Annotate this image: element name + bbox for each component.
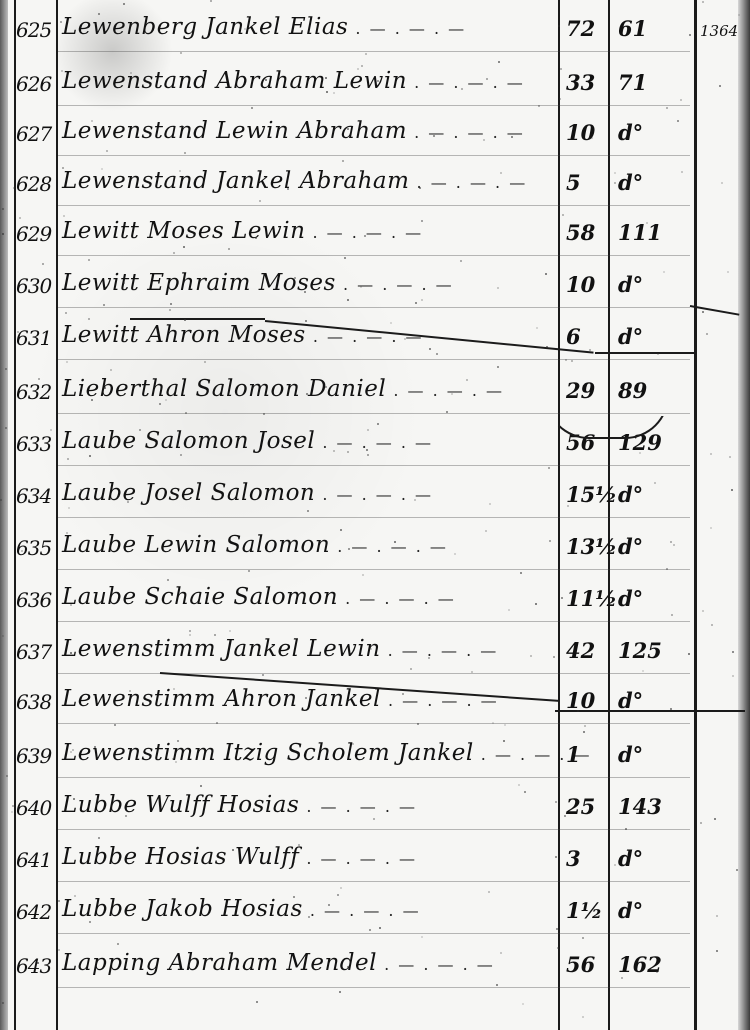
scan-speck <box>180 454 182 456</box>
row-baseline-rule <box>58 255 690 256</box>
scan-speck <box>549 540 551 542</box>
entry-number: 627 <box>16 122 60 146</box>
scan-speck <box>89 921 91 923</box>
scan-speck <box>177 740 179 742</box>
scan-speck <box>61 70 63 72</box>
scan-speck <box>711 624 713 626</box>
scan-speck <box>702 1 704 3</box>
scan-speck <box>680 99 682 101</box>
entry-number: 639 <box>16 744 60 768</box>
scan-speck <box>466 379 468 381</box>
scan-speck <box>361 65 363 67</box>
scan-speck <box>614 864 616 866</box>
entry-number: 626 <box>16 72 60 96</box>
entry-value: 162 <box>618 952 688 977</box>
scan-speck <box>377 423 379 425</box>
entry-name-text: Laube Lewin Salomon <box>62 532 330 558</box>
entry-value: d° <box>618 534 688 559</box>
scan-speck <box>80 489 82 491</box>
scan-speck <box>394 541 396 543</box>
entry-name-text: Lubbe Hosias Wulff <box>62 844 299 870</box>
entry-number: 641 <box>16 848 60 872</box>
scan-speck <box>173 688 175 690</box>
scan-speck <box>486 78 488 80</box>
scan-speck <box>625 828 627 830</box>
scan-speck <box>6 775 8 777</box>
entry-name: Lewitt Moses Lewin . — . — . — <box>62 218 552 244</box>
scan-speck <box>214 634 216 636</box>
scan-speck <box>357 68 359 70</box>
scan-speck <box>83 336 85 338</box>
scan-speck <box>738 14 740 16</box>
entry-number: 640 <box>16 796 60 820</box>
register-row: 636Laube Schaie Salomon . — . — . —11½d° <box>0 578 750 630</box>
scan-speck <box>492 722 494 724</box>
scan-speck <box>500 952 502 954</box>
scan-speck <box>101 168 103 170</box>
scan-speck <box>175 761 177 763</box>
scan-speck <box>535 603 537 605</box>
scan-speck <box>181 125 183 127</box>
scan-speck <box>13 187 15 189</box>
entry-name-text: Lewenstimm Jankel Lewin <box>62 636 381 662</box>
scan-speck <box>504 724 506 726</box>
scan-speck <box>670 541 672 543</box>
entry-number: 632 <box>16 380 60 404</box>
scan-speck <box>244 28 246 30</box>
scan-speck <box>19 217 21 219</box>
scan-speck <box>68 507 70 509</box>
dotted-leader: . — . — . — <box>386 381 504 400</box>
scan-speck <box>567 505 569 507</box>
scan-speck <box>654 482 656 484</box>
scan-speck <box>184 152 186 154</box>
scan-speck <box>369 929 371 931</box>
scan-speck <box>304 291 306 293</box>
scan-speck <box>337 894 339 896</box>
entry-age: 10 <box>566 120 606 145</box>
row-baseline-rule <box>58 307 690 308</box>
scan-speck <box>255 237 257 239</box>
scan-speck <box>185 412 187 414</box>
scan-speck <box>229 630 231 632</box>
row-baseline-rule <box>58 723 690 724</box>
register-row: 630Lewitt Ephraim Moses . — . — . —10d° <box>0 264 750 316</box>
scan-speck <box>460 260 462 262</box>
entry-value: d° <box>618 482 688 507</box>
scan-speck <box>94 746 96 748</box>
scan-speck <box>347 299 349 301</box>
scan-speck <box>2 208 4 210</box>
scan-speck <box>367 429 369 431</box>
scan-speck <box>70 604 72 606</box>
scan-speck <box>2 233 4 235</box>
scan-speck <box>263 413 265 415</box>
scan-speck <box>333 450 335 452</box>
scan-speck <box>117 943 119 945</box>
scan-speck <box>584 725 586 727</box>
scan-speck <box>325 77 327 79</box>
scan-speck <box>96 333 98 335</box>
scan-speck <box>553 656 555 658</box>
scan-speck <box>548 467 550 469</box>
scan-speck <box>670 708 672 710</box>
scan-speck <box>571 360 573 362</box>
row-baseline-rule <box>58 465 690 466</box>
entry-age: 33 <box>566 70 606 95</box>
scan-speck <box>66 361 68 363</box>
scan-speck <box>732 675 734 677</box>
entry-name: Lewenstimm Itzig Scholem Jankel . — . — … <box>62 740 552 766</box>
scan-speck <box>251 107 253 109</box>
scan-speck <box>210 0 212 2</box>
scan-speck <box>559 98 561 100</box>
scan-speck <box>589 349 591 351</box>
scan-speck <box>204 361 206 363</box>
scan-speck <box>342 160 344 162</box>
scan-speck <box>0 499 2 501</box>
scan-speck <box>72 749 74 751</box>
scan-speck <box>248 570 250 572</box>
scan-speck <box>70 652 72 654</box>
scan-speck <box>88 259 90 261</box>
row-baseline-rule <box>58 777 690 778</box>
entry-age: 3 <box>566 846 606 871</box>
scan-speck <box>503 740 505 742</box>
scan-speck <box>139 429 141 431</box>
scan-speck <box>582 937 584 939</box>
entry-value: 71 <box>618 70 688 95</box>
scan-speck <box>530 655 532 657</box>
register-row: 639Lewenstimm Itzig Scholem Jankel . — .… <box>0 734 750 786</box>
entry-number: 637 <box>16 640 60 664</box>
scan-speck <box>582 1016 584 1018</box>
dotted-leader: . — . — . — <box>338 589 456 608</box>
scan-speck <box>421 299 423 301</box>
scan-speck <box>114 724 116 726</box>
entry-value: d° <box>618 586 688 611</box>
scan-speck <box>50 429 52 431</box>
scan-speck <box>556 928 558 930</box>
entry-value: 111 <box>618 220 688 245</box>
entry-age: 13½ <box>566 534 606 559</box>
scan-speck <box>305 320 307 322</box>
scan-speck <box>308 916 310 918</box>
scan-speck <box>364 235 366 237</box>
scan-speck <box>564 815 566 817</box>
scan-speck <box>348 548 350 550</box>
dotted-leader: . — . — . — <box>299 849 417 868</box>
scan-speck <box>200 785 202 787</box>
entry-value: 143 <box>618 794 688 819</box>
scan-speck <box>379 927 381 929</box>
scan-speck <box>710 527 712 529</box>
scan-speck <box>259 200 261 202</box>
scan-speck <box>561 597 563 599</box>
row-baseline-rule <box>58 205 690 206</box>
scan-speck <box>256 1001 258 1003</box>
scan-speck <box>716 950 718 952</box>
dotted-leader: . — . — . — <box>336 275 454 294</box>
scan-speck <box>500 172 502 174</box>
scan-speck <box>415 302 417 304</box>
scan-speck <box>172 758 174 760</box>
entry-name: Lewenstimm Ahron Jankel . — . — . — <box>62 686 552 712</box>
scan-speck <box>293 896 295 898</box>
scan-speck <box>489 503 491 505</box>
scan-speck <box>719 85 721 87</box>
entry-name: Lewenstand Jankel Abraham . — . — . — <box>62 168 552 194</box>
entry-name-text: Lieberthal Salomon Daniel <box>62 376 386 402</box>
scan-speck <box>347 451 349 453</box>
scan-speck <box>170 303 172 305</box>
entry-number: 629 <box>16 222 60 246</box>
scan-speck <box>333 92 335 94</box>
entry-age: 15½ <box>566 482 606 507</box>
scan-speck <box>657 353 659 355</box>
scan-speck <box>621 977 623 979</box>
dotted-leader: . — . — . — <box>407 123 525 142</box>
entry-name: Laube Josel Salomon . — . — . — <box>62 480 552 506</box>
scan-speck <box>562 214 564 216</box>
row-baseline-rule <box>58 155 690 156</box>
entry-name-text: Lewitt Moses Lewin <box>62 218 305 244</box>
entry-name-text: Lewitt Ahron Moses <box>62 322 306 348</box>
scan-speck <box>700 822 702 824</box>
scan-speck <box>65 312 67 314</box>
scan-speck <box>306 393 308 395</box>
scan-speck <box>497 287 499 289</box>
scan-speck <box>298 844 300 846</box>
scan-speck <box>165 399 167 401</box>
dotted-leader: . — . — . — <box>305 223 423 242</box>
scan-speck <box>362 574 364 576</box>
entry-name: Lubbe Hosias Wulff . — . — . — <box>62 844 552 870</box>
entry-age: 72 <box>566 16 606 41</box>
entry-name: Lubbe Wulff Hosias . — . — . — <box>62 792 552 818</box>
entry-name: Lubbe Jakob Hosias . — . — . — <box>62 896 552 922</box>
scan-speck <box>104 387 106 389</box>
scan-speck <box>614 172 616 174</box>
entry-name-text: Lewenstimm Ahron Jankel <box>62 686 381 712</box>
entry-name: Laube Salomon Josel . — . — . — <box>62 428 552 454</box>
scan-speck <box>522 1003 524 1005</box>
scan-speck <box>340 887 342 889</box>
scan-speck <box>352 743 354 745</box>
scan-speck <box>98 13 100 15</box>
scan-speck <box>689 34 691 36</box>
scan-speck <box>106 150 108 152</box>
scan-speck <box>377 80 379 82</box>
scan-speck <box>483 139 485 141</box>
scan-speck <box>565 359 567 361</box>
entry-age: 1½ <box>566 898 606 923</box>
scan-speck <box>716 915 718 917</box>
scan-speck <box>60 21 62 23</box>
scan-speck <box>189 630 191 632</box>
scan-speck <box>307 510 309 512</box>
scan-speck <box>557 947 559 949</box>
scan-speck <box>183 246 185 248</box>
row-baseline-rule <box>58 881 690 882</box>
row-baseline-rule <box>58 359 690 360</box>
scan-speck <box>89 455 91 457</box>
scan-speck <box>428 657 430 659</box>
scan-speck <box>555 801 557 803</box>
scan-speck <box>508 609 510 611</box>
dotted-leader: . — . — . — <box>348 19 466 38</box>
scan-speck <box>340 529 342 531</box>
entry-name-text: Lapping Abraham Mendel <box>62 950 377 976</box>
scan-speck <box>159 403 161 405</box>
scan-speck <box>673 544 675 546</box>
scan-speck <box>688 653 690 655</box>
scan-speck <box>5 427 7 429</box>
scan-speck <box>518 784 520 786</box>
scan-speck <box>294 277 296 279</box>
scan-speck <box>436 353 438 355</box>
scan-speck <box>88 318 90 320</box>
scan-speck <box>511 136 513 138</box>
entry-name: Lewenstand Abraham Lewin . — . — . — <box>62 68 552 94</box>
entry-number: 635 <box>16 536 60 560</box>
scan-speck <box>216 722 218 724</box>
row-baseline-rule <box>58 517 690 518</box>
dotted-leader: . — . — . — <box>299 797 417 816</box>
scan-speck <box>555 856 557 858</box>
register-row: 641Lubbe Hosias Wulff . — . — . —3d° <box>0 838 750 890</box>
scan-speck <box>91 120 93 122</box>
scan-speck <box>656 971 658 973</box>
scan-speck <box>419 187 421 189</box>
row-baseline-rule <box>58 987 690 988</box>
entry-age: 1 <box>566 742 606 767</box>
scan-speck <box>731 489 733 491</box>
scan-speck <box>454 553 456 555</box>
scan-speck <box>169 309 171 311</box>
scan-speck <box>38 378 40 380</box>
entry-age: 42 <box>566 638 606 663</box>
scan-speck <box>63 215 65 217</box>
scan-speck <box>167 579 169 581</box>
scan-speck <box>404 338 406 340</box>
scan-speck <box>232 849 234 851</box>
entry-value: 125 <box>618 638 688 663</box>
scan-speck <box>325 386 327 388</box>
scan-speck <box>37 962 39 964</box>
scan-speck <box>497 366 499 368</box>
scan-speck <box>538 105 540 107</box>
row-baseline-rule <box>58 51 690 52</box>
scan-speck <box>461 88 463 90</box>
scan-speck <box>2 635 4 637</box>
entry-name: Lewenstimm Jankel Lewin . — . — . — <box>62 636 552 662</box>
scan-speck <box>127 501 129 503</box>
scan-speck <box>681 171 683 173</box>
scan-speck <box>446 411 448 413</box>
row-baseline-rule <box>58 621 690 622</box>
entry-number: 625 <box>16 18 60 42</box>
register-row: 625Lewenberg Jankel Elias . — . — . —726… <box>0 8 750 60</box>
entry-number: 636 <box>16 588 60 612</box>
entry-number: 643 <box>16 954 60 978</box>
scan-speck <box>326 91 328 93</box>
entry-name-text: Lewenstand Jankel Abraham <box>62 168 409 194</box>
entry-age: 11½ <box>566 586 606 611</box>
entry-name-text: Laube Josel Salomon <box>62 480 315 506</box>
entry-number: 631 <box>16 326 60 350</box>
scan-speck <box>339 991 341 993</box>
scan-speck <box>410 668 412 670</box>
entry-value: d° <box>618 898 688 923</box>
scan-speck <box>546 346 548 348</box>
strike-line-630 <box>130 318 265 320</box>
scan-speck <box>2 1002 4 1004</box>
entry-value: d° <box>618 742 688 767</box>
scan-speck <box>702 311 704 313</box>
scan-speck <box>42 263 44 265</box>
scan-speck <box>67 458 69 460</box>
dotted-leader: . — . — . — <box>377 955 495 974</box>
scan-speck <box>732 651 734 653</box>
scan-speck <box>496 984 498 986</box>
scan-speck <box>74 895 76 897</box>
scan-speck <box>714 818 716 820</box>
scan-speck <box>130 72 132 74</box>
entry-name: Lewenberg Jankel Elias . — . — . — <box>62 14 552 40</box>
entry-margin-note: 1364 <box>700 22 742 40</box>
scan-speck <box>402 693 404 695</box>
register-row: 637Lewenstimm Jankel Lewin . — . — . —42… <box>0 630 750 682</box>
scan-speck <box>591 137 593 139</box>
scan-speck <box>328 904 330 906</box>
scan-speck <box>663 271 665 273</box>
dotted-leader: . — . — . — <box>407 73 525 92</box>
scan-speck <box>614 182 616 184</box>
scan-speck <box>736 869 738 871</box>
scan-speck <box>21 550 23 552</box>
entry-number: 638 <box>16 690 60 714</box>
register-row: 629Lewitt Moses Lewin . — . — . —58111 <box>0 212 750 264</box>
scan-speck <box>305 697 307 699</box>
entry-age: 58 <box>566 220 606 245</box>
scan-speck <box>721 182 723 184</box>
register-row: 635Laube Lewin Salomon . — . — . —13½d° <box>0 526 750 578</box>
scan-speck <box>123 3 125 5</box>
scan-speck <box>520 572 522 574</box>
scan-speck <box>11 811 13 813</box>
scan-speck <box>293 861 295 863</box>
strike-line-631-right <box>595 352 695 354</box>
scan-speck <box>581 286 583 288</box>
scan-speck <box>366 449 368 451</box>
scan-speck <box>451 393 453 395</box>
register-row: 634Laube Josel Salomon . — . — . —15½d° <box>0 474 750 526</box>
entry-name: Laube Schaie Salomon . — . — . — <box>62 584 552 610</box>
scan-speck <box>129 690 131 692</box>
scan-speck <box>360 286 362 288</box>
scan-speck <box>367 454 369 456</box>
row-baseline-rule <box>58 569 690 570</box>
scan-speck <box>414 499 416 501</box>
scan-speck <box>17 331 19 333</box>
scan-speck <box>70 751 72 753</box>
scan-speck <box>347 128 349 130</box>
scan-speck <box>123 282 125 284</box>
scan-speck <box>558 25 560 27</box>
scan-speck <box>536 327 538 329</box>
scan-speck <box>179 170 181 172</box>
